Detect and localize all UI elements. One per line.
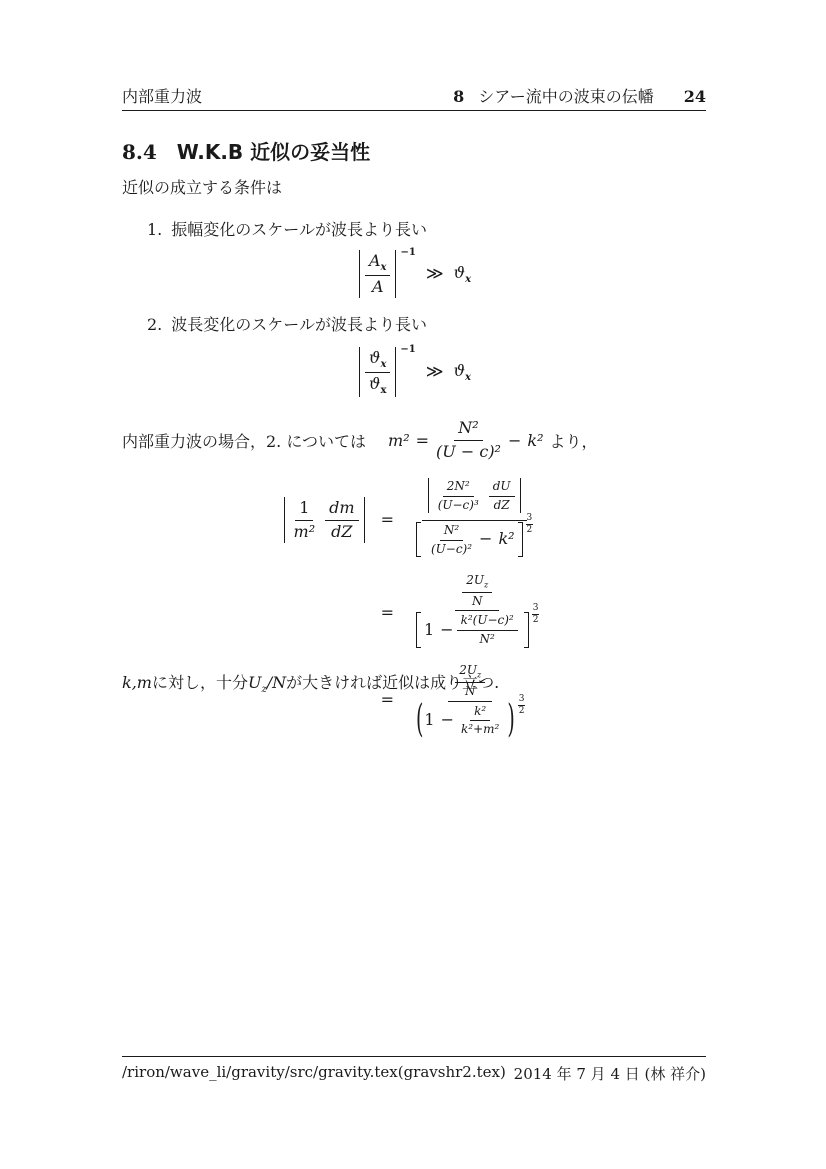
list-item-1-label: 振幅変化のスケールが波長より長い: [171, 220, 427, 239]
fraction-numerator: N²: [440, 522, 463, 541]
minus-sign: −: [441, 710, 454, 731]
fraction-denominator: N²: [475, 631, 498, 648]
math-subscript: x: [465, 274, 471, 285]
exponent-denominator: 2: [533, 615, 539, 626]
math-term: k,m: [122, 673, 152, 692]
math-symbol: 2N²: [447, 479, 470, 493]
footer-rule: [122, 1056, 706, 1057]
fraction-denominator: (U−c)³: [434, 497, 483, 514]
math-symbol: dZ: [494, 498, 510, 512]
much-greater-than-sign: ≫: [426, 264, 444, 284]
math-symbol: N²: [458, 418, 478, 437]
equals-sign: =: [381, 603, 394, 622]
math-symbol: N²: [479, 632, 494, 646]
exponent-fraction: 3 2: [526, 513, 534, 536]
math-symbol: dU: [493, 479, 511, 493]
paragraph-text: 内部重力波の場合，2. については: [122, 429, 366, 452]
math-symbol: 2U: [466, 573, 484, 587]
math-symbol: ϑ: [454, 263, 465, 282]
math-subscript: x: [380, 359, 386, 370]
fraction: dU dZ: [489, 478, 515, 513]
paragraph-text: に対し，十分: [152, 670, 248, 693]
fraction-numerator: ϑx: [365, 347, 390, 373]
paragraph-text: より，: [549, 429, 597, 452]
math-symbol: k,m: [122, 673, 152, 692]
fraction-numerator: 2N² (U−c)³ dU dZ: [422, 477, 527, 521]
fraction: Ax A: [365, 250, 391, 298]
math-symbol: k²: [498, 529, 514, 550]
math-exponent: −1: [400, 344, 415, 355]
fraction: ϑx ϑx: [365, 347, 390, 397]
intro-text: 近似の成立する条件は: [122, 176, 282, 199]
math-symbol: /N: [267, 673, 286, 692]
running-title: 内部重力波: [122, 84, 202, 107]
bracket-group: N² (U−c)² − k² 3 2: [415, 522, 533, 557]
abs-bar: [395, 250, 396, 298]
fraction: N² (U−c)²: [427, 522, 476, 557]
fraction-denominator: dZ: [327, 521, 356, 543]
exponent-denominator: 2: [527, 525, 533, 536]
abs-bar: [520, 478, 521, 513]
abs-bar: [359, 347, 360, 397]
math-symbol: k²+m²: [461, 722, 499, 736]
list-item-2-number: 2.: [147, 315, 162, 334]
math-number: 1: [424, 620, 434, 641]
fraction: N² (U − c)²: [432, 417, 505, 463]
exponent-fraction: 3 2: [518, 694, 526, 717]
fraction: 1 m²: [290, 497, 320, 543]
much-greater-than-sign: ≫: [426, 362, 444, 382]
header-section-number: 8: [453, 87, 464, 106]
math-symbol: k²(U−c)²: [461, 613, 514, 627]
bracket-group: 1 − k²(U−c)² N² 3 2: [415, 612, 539, 647]
math-symbol: U: [248, 673, 261, 692]
fraction: dm dZ: [325, 497, 358, 543]
fraction: 2Uz N: [462, 572, 492, 609]
equals-sign: =: [416, 431, 429, 450]
header-section-ref: 8 シアー流中の波束の伝幡 24: [453, 84, 706, 107]
math-subscript: z: [484, 580, 488, 589]
exponent-numerator: 3: [518, 694, 526, 706]
fraction-denominator: A: [368, 276, 388, 298]
page-content: 内部重力波 8 シアー流中の波束の伝幡 24 8.4W.K.B 近似の妥当性 近…: [122, 0, 706, 1169]
list-item-1-number: 1.: [147, 220, 162, 239]
right-bracket: [518, 522, 523, 557]
math-symbol: A: [372, 277, 384, 296]
math-subscript: x: [381, 262, 387, 273]
math-term: k²: [527, 431, 543, 450]
math-exponent: −1: [400, 247, 415, 258]
left-paren: (: [416, 696, 423, 745]
math-symbol: A: [369, 251, 381, 270]
abs-value-group: 2N² (U−c)³ dU dZ: [426, 478, 523, 513]
minus-sign: −: [479, 529, 492, 550]
fraction-denominator: 1 − k²(U−c)² N² 3 2: [411, 611, 543, 653]
fraction-denominator: (U − c)²: [432, 441, 505, 463]
math-symbol: N²: [444, 523, 459, 537]
header-section-title: シアー流中の波束の伝幡: [478, 84, 654, 107]
paragraph-inline-equation: 内部重力波の場合，2. については m² = N² (U − c)² − k² …: [122, 412, 706, 468]
equation-rhs-2: 2Uz N 1 − k²(U−c)² N²: [408, 571, 546, 653]
fraction-denominator: m²: [290, 521, 320, 543]
fraction-numerator: k²: [470, 703, 490, 722]
math-subscript: x: [380, 385, 386, 396]
outer-fraction: 2N² (U−c)³ dU dZ: [411, 477, 537, 563]
footer-file-path: /riron/wave_li/gravity/src/gravity.tex(g…: [122, 1063, 506, 1084]
abs-bar: [364, 497, 365, 543]
exponent-numerator: 3: [532, 603, 540, 615]
math-symbol: k²: [474, 704, 486, 718]
minus-sign: −: [508, 431, 521, 450]
math-symbol: ϑ: [454, 361, 465, 380]
math-symbol: k²: [527, 431, 543, 450]
fraction-denominator: k²+m²: [457, 721, 503, 738]
fraction-denominator: ϑx: [365, 373, 390, 397]
outer-fraction: 2Uz N 1 − k²(U−c)² N²: [411, 571, 543, 653]
math-symbol: dm: [329, 498, 354, 517]
fraction-numerator: 2Uz: [462, 572, 492, 593]
math-term: ϑx: [454, 263, 471, 285]
page-footer: /riron/wave_li/gravity/src/gravity.tex(g…: [122, 1063, 706, 1084]
fraction: k²(U−c)² N²: [457, 612, 518, 647]
equation-lhs: 1 m² dm dZ: [282, 497, 367, 543]
exponent-denominator: 2: [519, 706, 525, 717]
display-equation-2: ϑx ϑx −1 ≫ ϑx: [122, 336, 706, 408]
fraction-numerator: k²(U−c)²: [457, 612, 518, 631]
fraction-denominator: ( 1 − k² k²+m² ) 3 2: [411, 702, 530, 738]
page-header: 内部重力波 8 シアー流中の波束の伝幡 24: [122, 84, 706, 107]
math-symbol: (U−c)³: [438, 498, 479, 512]
exponent-numerator: 3: [526, 513, 534, 525]
fraction-numerator: dU: [489, 478, 515, 497]
math-symbol: N: [472, 594, 483, 608]
math-subscript: x: [465, 372, 471, 383]
abs-bar: [395, 347, 396, 397]
equation-rhs-1: 2N² (U−c)³ dU dZ: [408, 477, 546, 563]
math-symbol: (U−c)²: [431, 542, 472, 556]
inline-equation: m²: [388, 431, 410, 450]
abs-bar: [428, 478, 429, 513]
abs-value-group: ϑx ϑx −1: [357, 347, 416, 397]
section-number: 8.4: [122, 140, 157, 164]
fraction-numerator: 2Uz N: [455, 571, 499, 611]
paren-group: ( 1 − k² k²+m² ) 3 2: [415, 703, 526, 738]
fraction-denominator: (U−c)²: [427, 541, 476, 558]
right-bracket: [524, 612, 529, 647]
math-symbol: (U − c)²: [436, 442, 501, 461]
document-page: 内部重力波 8 シアー流中の波束の伝幡 24 8.4W.K.B 近似の妥当性 近…: [0, 0, 826, 1169]
conclusion-text: k,m に対し，十分 Uz/N が大きければ近似は成り立つ.: [122, 670, 499, 695]
math-term: Uz/N: [248, 673, 286, 695]
section-title: W.K.B 近似の妥当性: [177, 140, 370, 164]
fraction-denominator: N² (U−c)² − k² 3 2: [411, 521, 537, 563]
math-symbol: dZ: [331, 522, 352, 541]
fraction-numerator: dm: [325, 497, 358, 521]
display-equation-1: Ax A −1 ≫ ϑx: [122, 243, 706, 305]
list-item-1: 1.振幅変化のスケールが波長より長い: [147, 217, 427, 240]
left-bracket: [416, 612, 421, 647]
header-page-number: 24: [684, 87, 706, 106]
math-symbol: ϑ: [369, 348, 380, 367]
fraction: 2N² (U−c)³: [434, 478, 483, 513]
footer-date-author: 2014 年 7 月 4 日 (林 祥介): [514, 1063, 706, 1084]
abs-value-group: Ax A −1: [357, 250, 416, 298]
list-item-2: 2.波長変化のスケールが波長より長い: [147, 312, 427, 335]
left-bracket: [416, 522, 421, 557]
abs-value-group: 1 m² dm dZ: [282, 497, 367, 543]
right-paren: ): [507, 696, 514, 745]
fraction-numerator: Ax: [365, 250, 391, 276]
fraction-numerator: 1: [295, 497, 313, 521]
section-heading: 8.4W.K.B 近似の妥当性: [122, 136, 370, 165]
math-number: 1: [424, 710, 434, 731]
math-term: ϑx: [454, 361, 471, 383]
equation-block: 1 m² dm dZ =: [122, 477, 706, 738]
header-rule: [122, 110, 706, 111]
fraction-numerator: 2N²: [443, 478, 474, 497]
paragraph-text: が大きければ近似は成り立つ.: [286, 670, 499, 693]
fraction: k² k²+m²: [457, 703, 503, 738]
abs-bar: [359, 250, 360, 298]
math-symbol: m²: [388, 431, 410, 450]
abs-bar: [284, 497, 285, 543]
fraction-denominator: dZ: [490, 497, 514, 514]
minus-sign: −: [440, 620, 453, 641]
list-item-2-label: 波長変化のスケールが波長より長い: [171, 315, 427, 334]
exponent-fraction: 3 2: [532, 603, 540, 626]
fraction-numerator: N²: [454, 417, 482, 441]
equals-sign: =: [381, 510, 394, 529]
fraction-denominator: N: [468, 593, 487, 610]
math-symbol: ϑ: [369, 374, 380, 393]
math-symbol: m²: [294, 522, 316, 541]
